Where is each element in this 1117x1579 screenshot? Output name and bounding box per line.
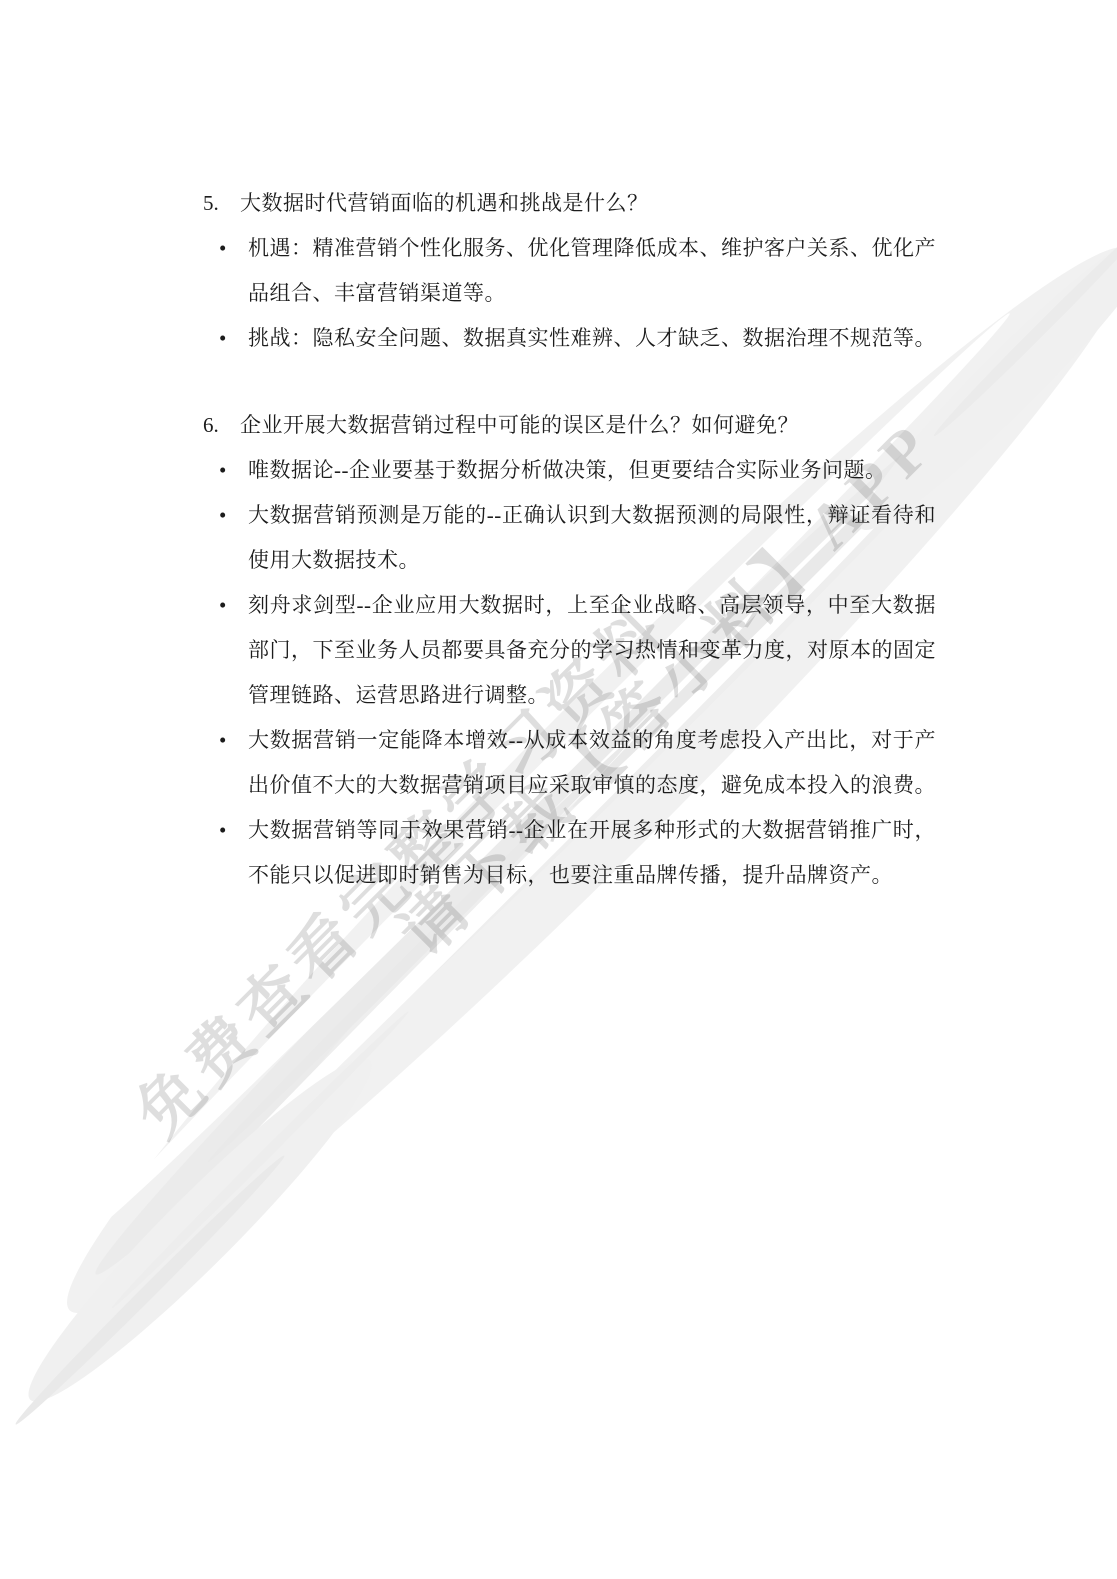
bullet-icon: • <box>219 448 227 493</box>
question-text: 企业开展大数据营销过程中可能的误区是什么？如何避免？ <box>240 403 936 448</box>
question-item-5: 5. 大数据时代营销面临的机遇和挑战是什么？ • 机遇：精准营销个性化服务、优化… <box>203 181 936 361</box>
question-text: 大数据时代营销面临的机遇和挑战是什么？ <box>240 181 936 226</box>
question-row: 5. 大数据时代营销面临的机遇和挑战是什么？ <box>203 181 936 226</box>
question-number: 6. <box>203 403 240 448</box>
bullet-icon: • <box>219 493 227 538</box>
bullet-icon: • <box>219 316 227 361</box>
section-spacer <box>203 361 936 403</box>
bullet-item: • 大数据营销一定能降本增效--从成本效益的角度考虑投入产出比，对于产出价值不大… <box>203 718 936 808</box>
bullet-item: • 大数据营销预测是万能的--正确认识到大数据预测的局限性，辩证看待和使用大数据… <box>203 493 936 583</box>
bullet-text: 挑战：隐私安全问题、数据真实性难辨、人才缺乏、数据治理不规范等。 <box>248 316 936 361</box>
document-body: 5. 大数据时代营销面临的机遇和挑战是什么？ • 机遇：精准营销个性化服务、优化… <box>203 181 936 898</box>
bullet-item: • 大数据营销等同于效果营销--企业在开展多种形式的大数据营销推广时，不能只以促… <box>203 808 936 898</box>
bullet-text: 大数据营销等同于效果营销--企业在开展多种形式的大数据营销推广时，不能只以促进即… <box>248 808 936 898</box>
bullet-text: 刻舟求剑型--企业应用大数据时，上至企业战略、高层领导，中至大数据部门，下至业务… <box>248 583 936 718</box>
bullet-text: 大数据营销预测是万能的--正确认识到大数据预测的局限性，辩证看待和使用大数据技术… <box>248 493 936 583</box>
bullet-text: 唯数据论--企业要基于数据分析做决策，但更要结合实际业务问题。 <box>248 448 936 493</box>
bullet-item: • 机遇：精准营销个性化服务、优化管理降低成本、维护客户关系、优化产品组合、丰富… <box>203 226 936 316</box>
bullet-text: 机遇：精准营销个性化服务、优化管理降低成本、维护客户关系、优化产品组合、丰富营销… <box>248 226 936 316</box>
bullet-item: • 刻舟求剑型--企业应用大数据时，上至企业战略、高层领导，中至大数据部门，下至… <box>203 583 936 718</box>
bullet-text: 大数据营销一定能降本增效--从成本效益的角度考虑投入产出比，对于产出价值不大的大… <box>248 718 936 808</box>
bullet-icon: • <box>219 583 227 628</box>
bullet-icon: • <box>219 226 227 271</box>
bullet-icon: • <box>219 718 227 763</box>
question-row: 6. 企业开展大数据营销过程中可能的误区是什么？如何避免？ <box>203 403 936 448</box>
question-number: 5. <box>203 181 240 226</box>
bullet-item: • 唯数据论--企业要基于数据分析做决策，但更要结合实际业务问题。 <box>203 448 936 493</box>
question-item-6: 6. 企业开展大数据营销过程中可能的误区是什么？如何避免？ • 唯数据论--企业… <box>203 403 936 898</box>
bullet-item: • 挑战：隐私安全问题、数据真实性难辨、人才缺乏、数据治理不规范等。 <box>203 316 936 361</box>
bullet-icon: • <box>219 808 227 853</box>
